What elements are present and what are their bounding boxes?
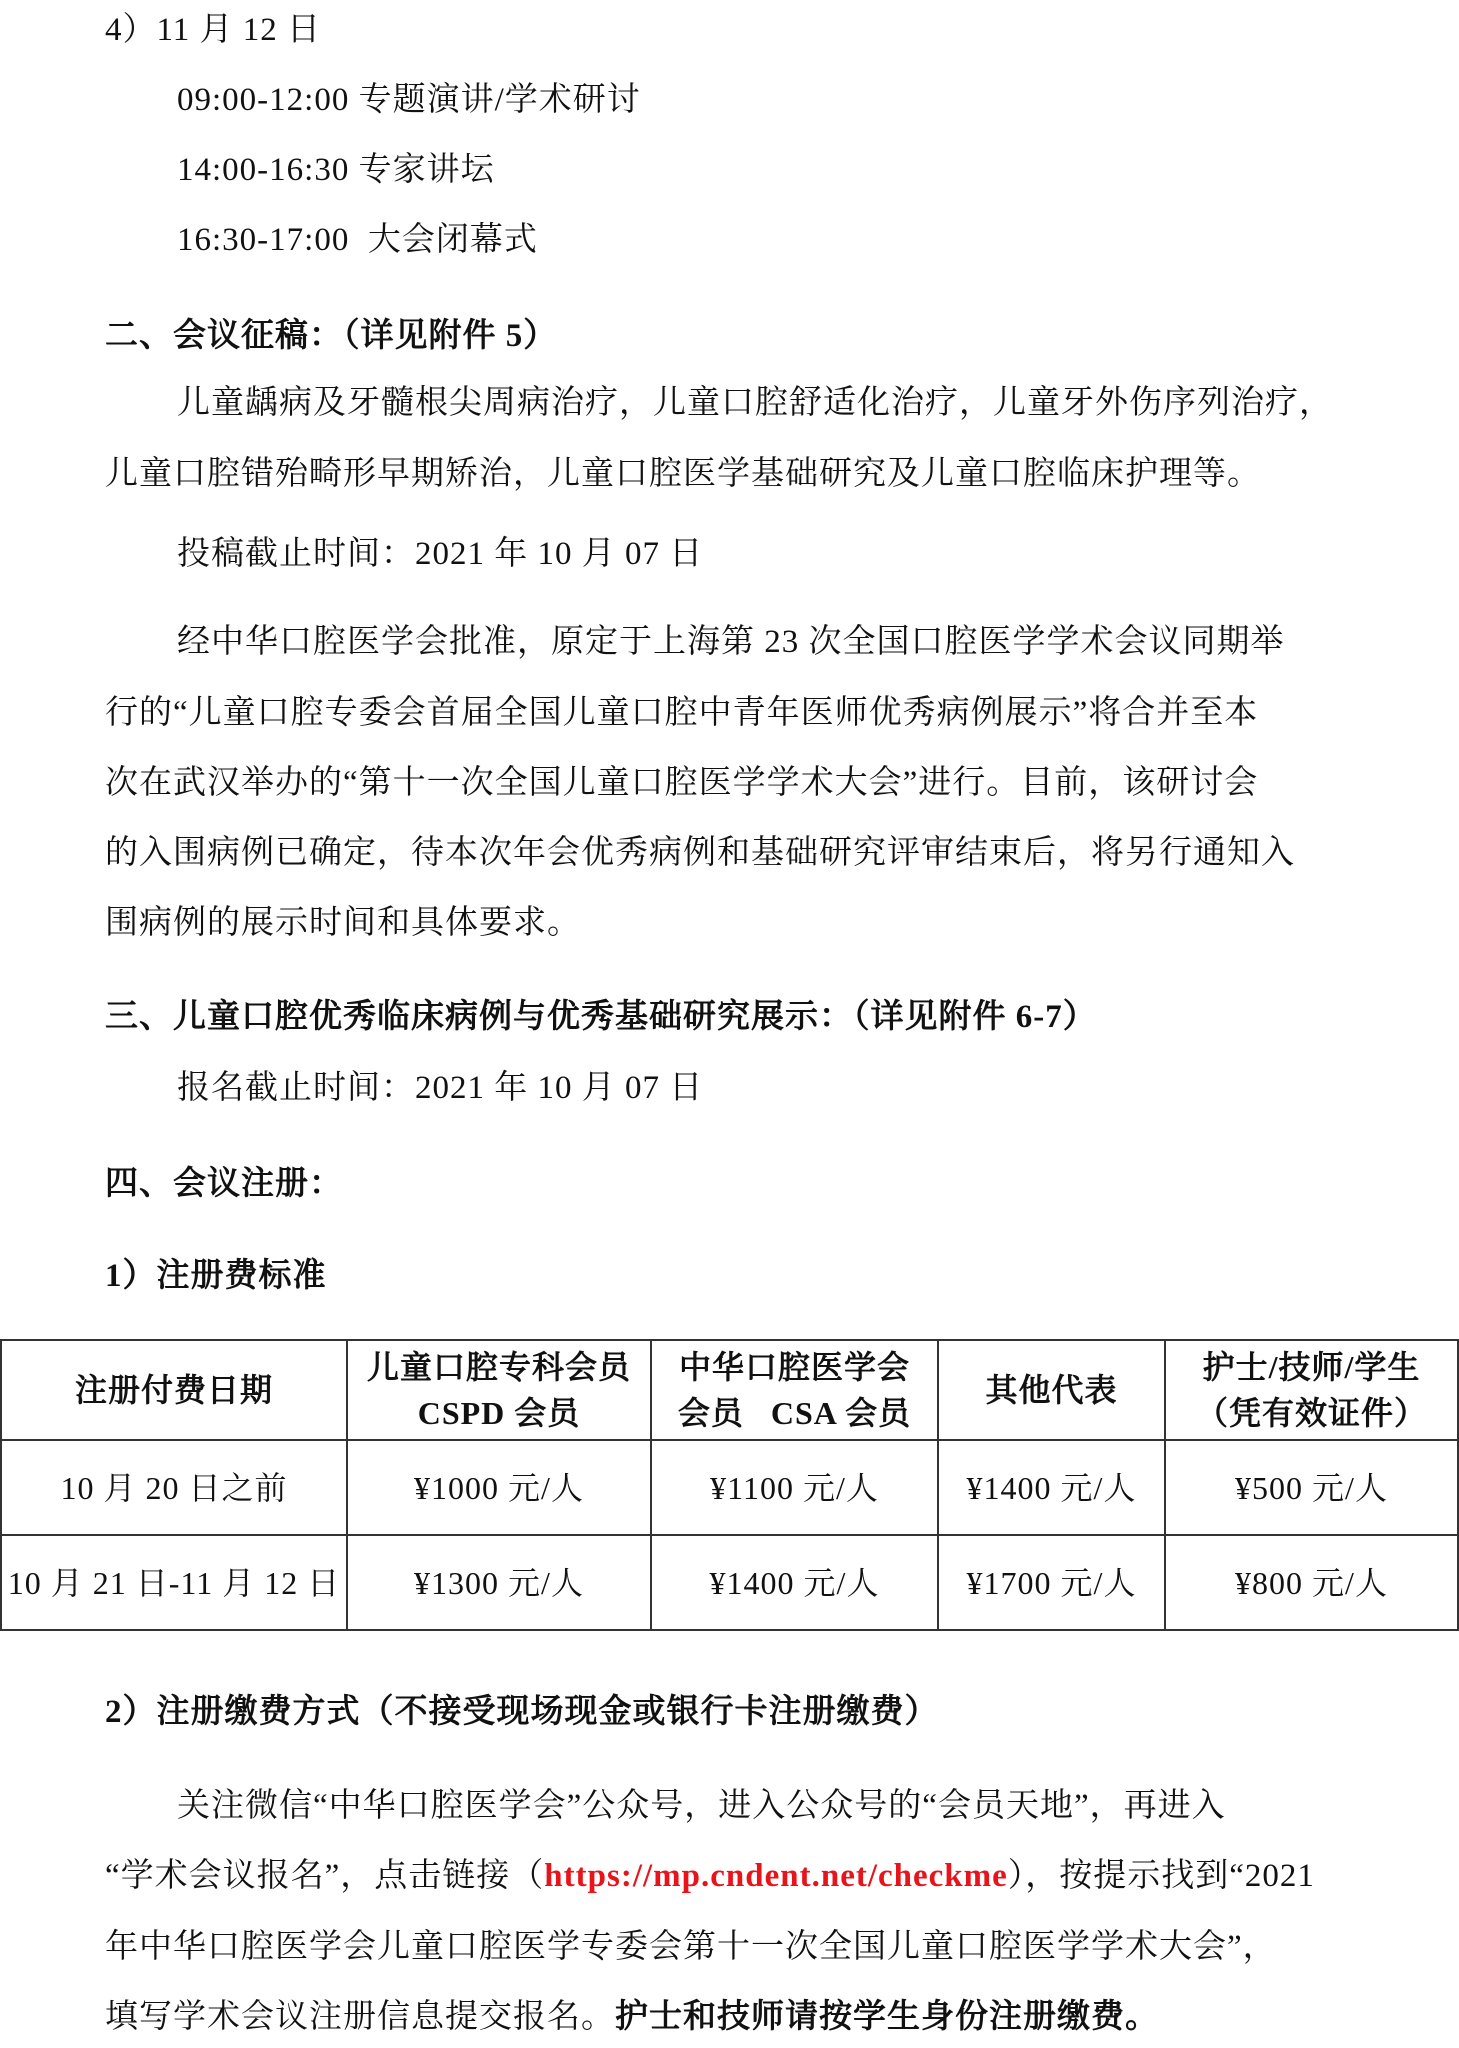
table-row: 10 月 21 日-11 月 12 日 ¥1300 元/人 ¥1400 元/人 …: [1, 1535, 1458, 1630]
header-payment-date: 注册付费日期: [1, 1340, 347, 1440]
table-row: 10 月 20 日之前 ¥1000 元/人 ¥1100 元/人 ¥1400 元/…: [1, 1440, 1458, 1535]
header-nurse-tech-student: 护士/技师/学生 （凭有效证件）: [1165, 1340, 1458, 1440]
notice-line: 围病例的展示时间和具体要求。: [105, 907, 581, 940]
notice-line: 的入围病例已确定，待本次年会优秀病例和基础研究评审结束后，将另行通知入: [105, 837, 1295, 870]
payment-line-4: 填写学术会议注册信息提交报名。护士和技师请按学生身份注册缴费。: [105, 2001, 1159, 2034]
payment-method-heading: 2）注册缴费方式（不接受现场现金或银行卡注册缴费）: [105, 1696, 939, 1729]
cell-payment-date: 10 月 20 日之前: [1, 1440, 347, 1535]
cell-csa-fee: ¥1400 元/人: [651, 1535, 938, 1630]
cell-other-fee: ¥1700 元/人: [938, 1535, 1165, 1630]
cell-student-fee: ¥800 元/人: [1165, 1535, 1458, 1630]
fee-table-header-row: 注册付费日期 儿童口腔专科会员 CSPD 会员 中华口腔医学会 会员 CSA 会…: [1, 1340, 1458, 1440]
section-heading-call-for-papers: 二、会议征稿：（详见附件 5）: [105, 320, 557, 353]
cell-payment-date: 10 月 21 日-11 月 12 日: [1, 1535, 347, 1630]
header-other-delegates: 其他代表: [938, 1340, 1165, 1440]
payment-line-2-prefix: “学术会议报名”，点击链接（: [105, 1858, 544, 1894]
schedule-label: 专题演讲/学术研讨: [359, 82, 641, 118]
cell-other-fee: ¥1400 元/人: [938, 1440, 1165, 1535]
cell-cspd-fee: ¥1000 元/人: [347, 1440, 651, 1535]
schedule-time: 09:00-12:00: [177, 82, 349, 118]
schedule-day-heading: 4）11 月 12 日: [105, 14, 321, 47]
registration-link[interactable]: https://mp.cndent.net/checkme: [544, 1858, 1007, 1894]
schedule-label: 大会闭幕式: [359, 222, 538, 258]
section-heading-registration: 四、会议注册：: [105, 1168, 343, 1201]
schedule-item: 14:00-16:30 专家讲坛: [177, 154, 495, 187]
cell-csa-fee: ¥1100 元/人: [651, 1440, 938, 1535]
fee-table: 注册付费日期 儿童口腔专科会员 CSPD 会员 中华口腔医学会 会员 CSA 会…: [0, 1339, 1459, 1631]
payment-line-2-suffix: ），按提示找到“2021: [1008, 1858, 1315, 1894]
fee-standard-heading: 1）注册费标准: [105, 1260, 327, 1293]
nurse-tech-note: 护士和技师请按学生身份注册缴费。: [615, 1999, 1159, 2035]
notice-line: 经中华口腔医学会批准，原定于上海第 23 次全国口腔医学学术会议同期举: [177, 626, 1285, 659]
notice-line: 行的“儿童口腔专委会首届全国儿童口腔中青年医师优秀病例展示”将合并至本: [105, 697, 1258, 730]
topics-line-1: 儿童龋病及牙髓根尖周病治疗，儿童口腔舒适化治疗，儿童牙外伤序列治疗，: [177, 387, 1333, 420]
schedule-item: 09:00-12:00 专题演讲/学术研讨: [177, 84, 641, 117]
schedule-label: 专家讲坛: [359, 152, 495, 188]
header-cspd-member: 儿童口腔专科会员 CSPD 会员: [347, 1340, 651, 1440]
topics-line-2: 儿童口腔错殆畸形早期矫治，儿童口腔医学基础研究及儿童口腔临床护理等。: [105, 458, 1261, 491]
payment-line-2: “学术会议报名”，点击链接（https://mp.cndent.net/chec…: [105, 1860, 1315, 1893]
cell-student-fee: ¥500 元/人: [1165, 1440, 1458, 1535]
payment-line-1: 关注微信“中华口腔医学会”公众号，进入公众号的“会员天地”，再进入: [177, 1790, 1226, 1823]
payment-line-3: 年中华口腔医学会儿童口腔医学专委会第十一次全国儿童口腔医学学术大会”，: [105, 1931, 1277, 1964]
schedule-time: 16:30-17:00: [177, 222, 349, 258]
payment-line-4-prefix: 填写学术会议注册信息提交报名。: [105, 1999, 615, 2035]
submission-deadline: 投稿截止时间：2021 年 10 月 07 日: [177, 538, 703, 571]
section-heading-case-showcase: 三、儿童口腔优秀临床病例与优秀基础研究展示：（详见附件 6-7）: [105, 1001, 1097, 1034]
cell-cspd-fee: ¥1300 元/人: [347, 1535, 651, 1630]
registration-deadline: 报名截止时间：2021 年 10 月 07 日: [177, 1072, 703, 1105]
notice-line: 次在武汉举办的“第十一次全国儿童口腔医学学术大会”进行。目前，该研讨会: [105, 767, 1258, 800]
header-csa-member: 中华口腔医学会 会员 CSA 会员: [651, 1340, 938, 1440]
schedule-time: 14:00-16:30: [177, 152, 349, 188]
schedule-item: 16:30-17:00 大会闭幕式: [177, 224, 538, 257]
